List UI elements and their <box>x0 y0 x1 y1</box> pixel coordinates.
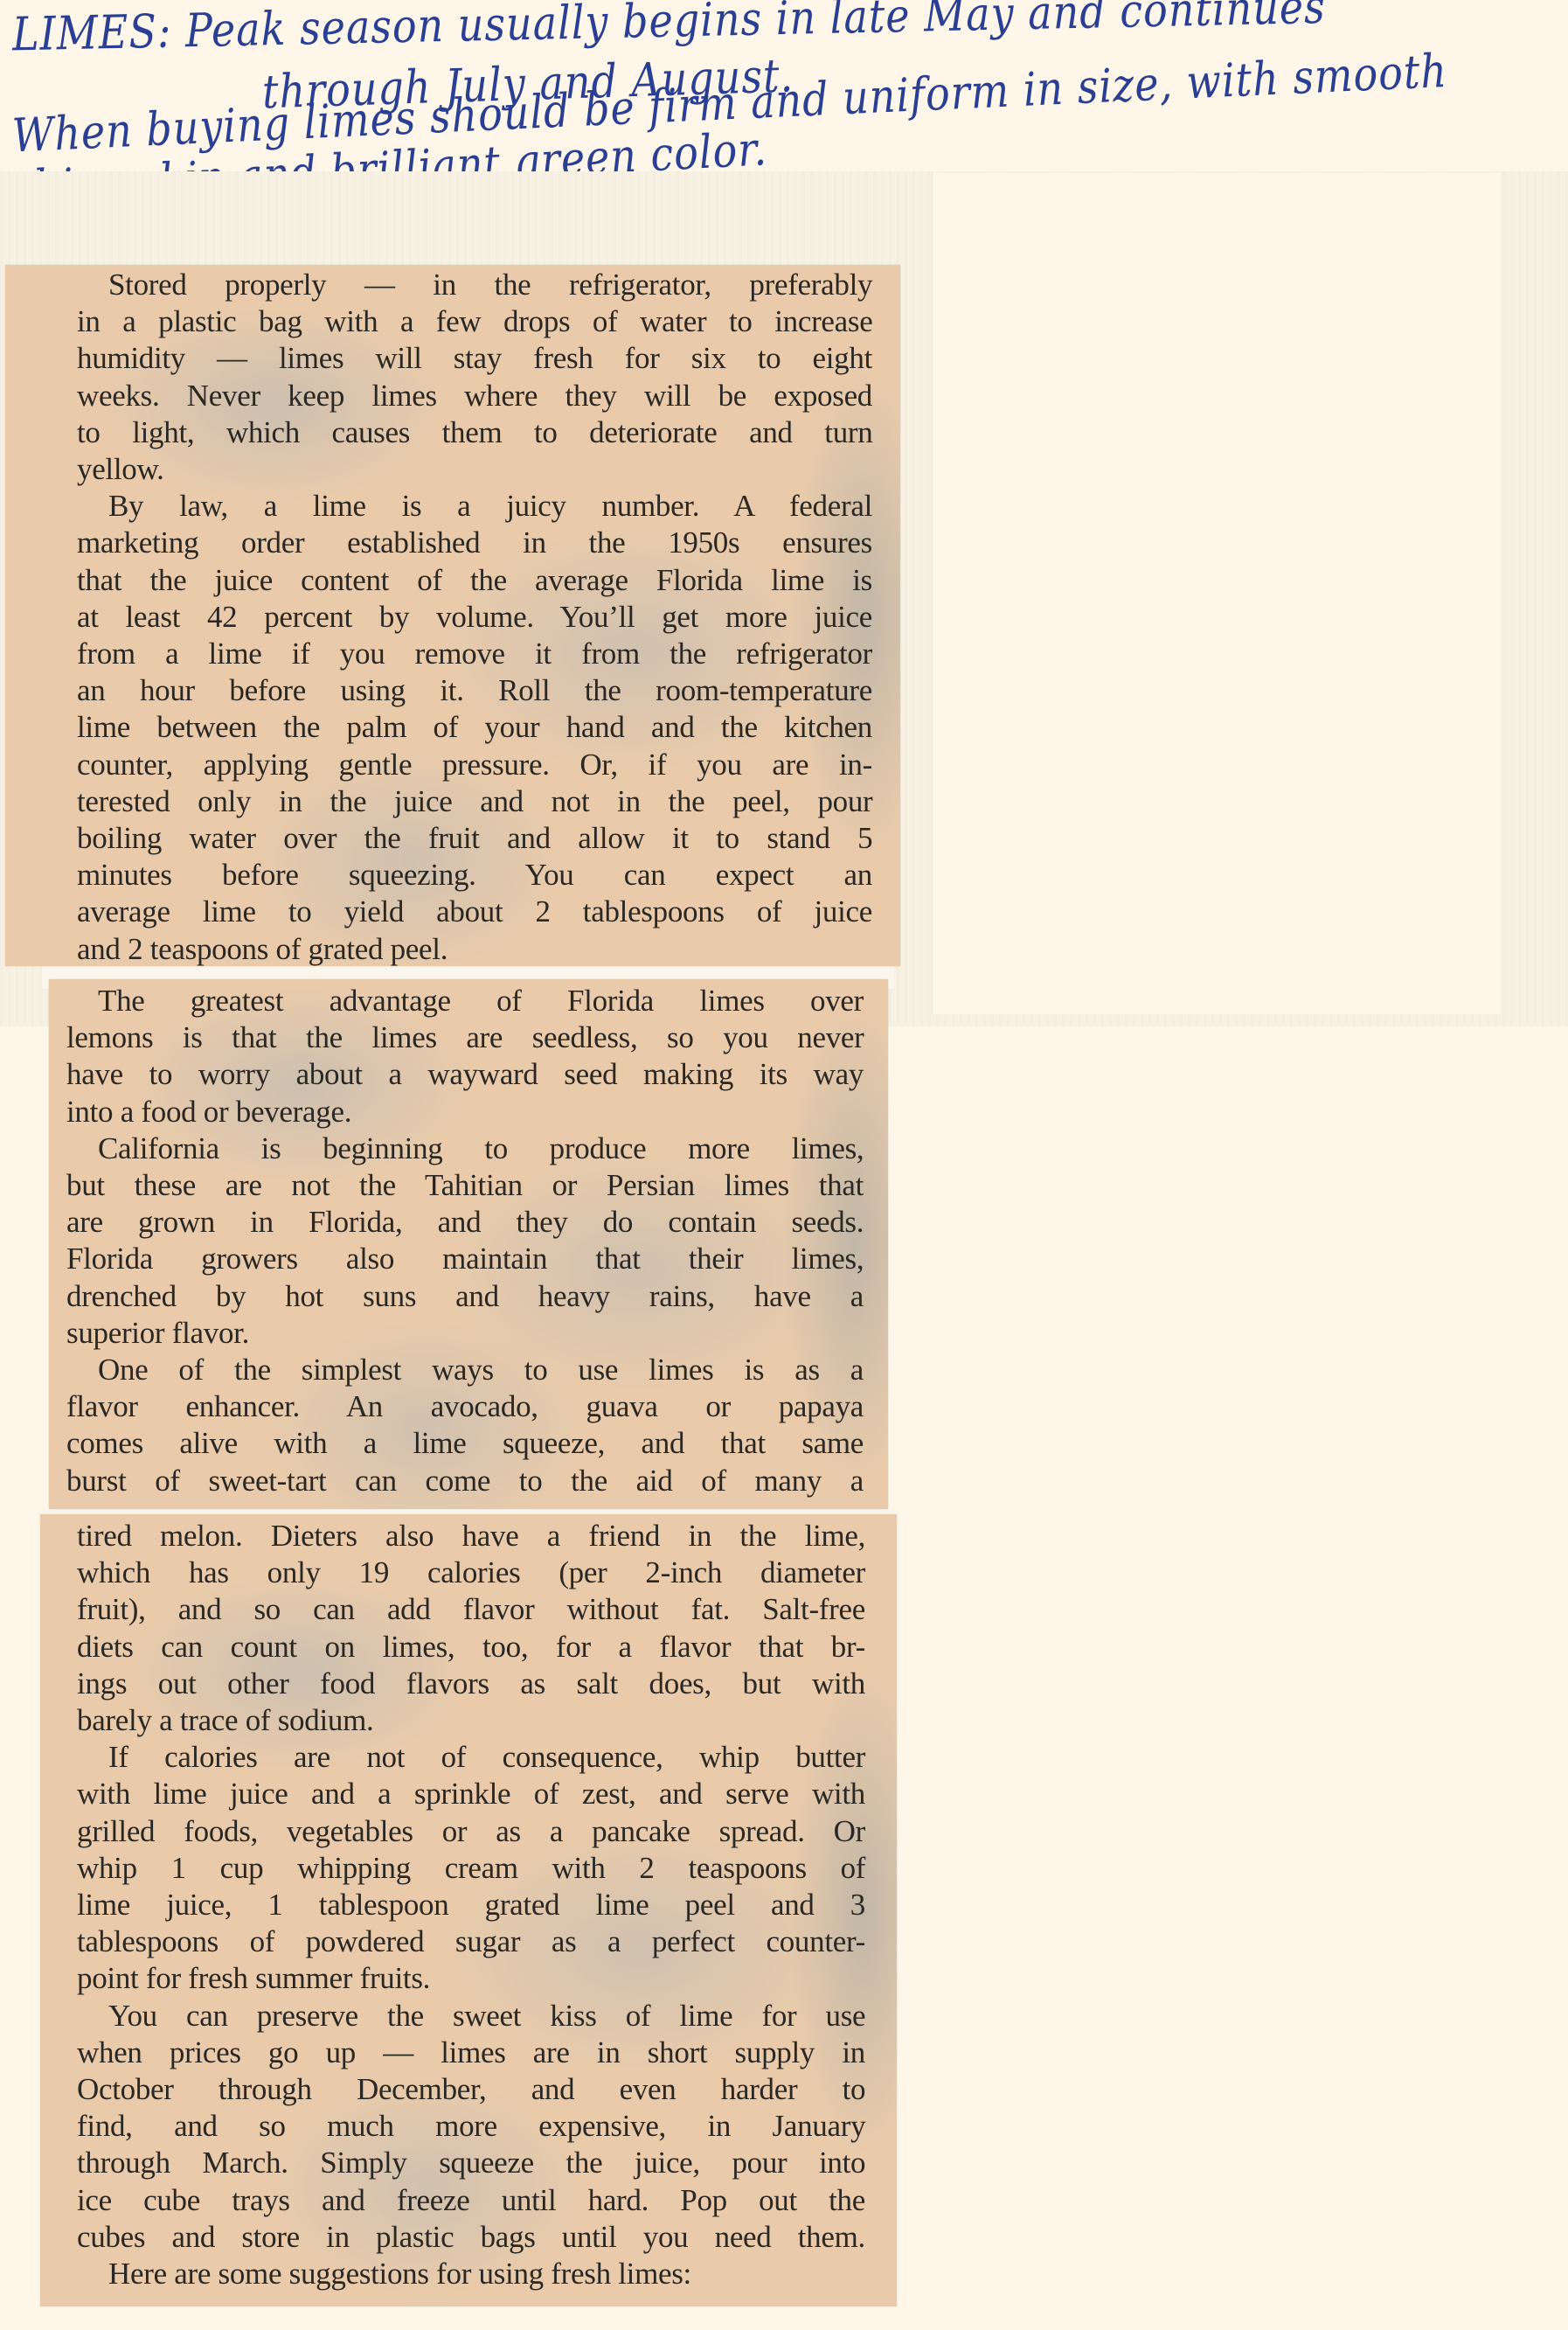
text-line: marketing order established in the 1950s… <box>77 525 872 561</box>
text-line: California is beginning to produce more … <box>66 1130 864 1167</box>
text-line: barely a trace of sodium. <box>77 1702 865 1739</box>
text-line: lime between the palm of your hand and t… <box>77 709 872 746</box>
text-line: when prices go up — limes are in short s… <box>77 2034 865 2071</box>
clipping-text: The greatest advantage of Florida limes … <box>66 979 864 1499</box>
text-line: tired melon. Dieters also have a friend … <box>77 1518 865 1554</box>
text-line: to light, which causes them to deteriora… <box>77 414 872 451</box>
text-line: comes alive with a lime squeeze, and tha… <box>66 1425 864 1462</box>
text-line: boiling water over the fruit and allow i… <box>77 820 872 857</box>
text-line: counter, applying gentle pressure. Or, i… <box>77 747 872 783</box>
text-line: tablespoons of powdered sugar as a perfe… <box>77 1923 865 1960</box>
text-line: One of the simplest ways to use limes is… <box>66 1352 864 1388</box>
text-line: October through December, and even harde… <box>77 2071 865 2108</box>
text-line: find, and so much more expensive, in Jan… <box>77 2108 865 2145</box>
text-line: Stored properly — in the refrigerator, p… <box>77 267 872 303</box>
text-line: ings out other food flavors as salt does… <box>77 1666 865 1702</box>
text-line: and 2 teaspoons of grated peel. <box>77 931 872 968</box>
text-line: ice cube trays and freeze until hard. Po… <box>77 2182 865 2219</box>
text-line: through March. Simply squeeze the juice,… <box>77 2145 865 2181</box>
text-line: humidity — limes will stay fresh for six… <box>77 340 872 377</box>
text-line: from a lime if you remove it from the re… <box>77 636 872 672</box>
newspaper-clipping-1: Stored properly — in the refrigerator, p… <box>5 265 900 966</box>
text-line: but these are not the Tahitian or Persia… <box>66 1167 864 1204</box>
text-line: are grown in Florida, and they do contai… <box>66 1204 864 1241</box>
text-line: point for fresh summer fruits. <box>77 1960 865 1997</box>
text-line: an hour before using it. Roll the room-t… <box>77 672 872 709</box>
text-line: fruit), and so can add flavor without fa… <box>77 1591 865 1628</box>
text-line: that the juice content of the average Fl… <box>77 562 872 599</box>
text-line: The greatest advantage of Florida limes … <box>66 983 864 1019</box>
text-line: terested only in the juice and not in th… <box>77 783 872 820</box>
text-line: minutes before squeezing. You can expect… <box>77 857 872 894</box>
text-line: weeks. Never keep limes where they will … <box>77 378 872 414</box>
text-line: flavor enhancer. An avocado, guava or pa… <box>66 1388 864 1425</box>
text-line: Here are some suggestions for using fres… <box>77 2256 865 2292</box>
text-line: whip 1 cup whipping cream with 2 teaspoo… <box>77 1850 865 1887</box>
text-line: By law, a lime is a juicy number. A fede… <box>77 488 872 525</box>
blank-card <box>932 173 1501 1014</box>
text-line: at least 42 percent by volume. You’ll ge… <box>77 599 872 636</box>
text-line: with lime juice and a sprinkle of zest, … <box>77 1776 865 1812</box>
text-line: into a food or beverage. <box>66 1094 864 1130</box>
clipping-text: tired melon. Dieters also have a friend … <box>77 1514 865 2292</box>
text-line: burst of sweet-tart can come to the aid … <box>66 1463 864 1499</box>
text-line: diets can count on limes, too, for a fla… <box>77 1629 865 1666</box>
text-line: superior flavor. <box>66 1315 864 1352</box>
text-line: in a plastic bag with a few drops of wat… <box>77 303 872 340</box>
text-line: yellow. <box>77 451 872 488</box>
text-line: average lime to yield about 2 tablespoon… <box>77 894 872 930</box>
text-line: cubes and store in plastic bags until yo… <box>77 2219 865 2256</box>
text-line: grilled foods, vegetables or as a pancak… <box>77 1813 865 1850</box>
newspaper-clipping-3: tired melon. Dieters also have a friend … <box>40 1514 897 2306</box>
text-line: lemons is that the limes are seedless, s… <box>66 1019 864 1056</box>
text-line: have to worry about a wayward seed makin… <box>66 1056 864 1093</box>
text-line: lime juice, 1 tablespoon grated lime pee… <box>77 1887 865 1923</box>
text-line: If calories are not of consequence, whip… <box>77 1739 865 1776</box>
text-line: which has only 19 calories (per 2-inch d… <box>77 1554 865 1591</box>
newspaper-clipping-2: The greatest advantage of Florida limes … <box>49 979 888 1509</box>
clipping-text: Stored properly — in the refrigerator, p… <box>77 265 872 968</box>
text-line: drenched by hot suns and heavy rains, ha… <box>66 1278 864 1315</box>
text-line: You can preserve the sweet kiss of lime … <box>77 1998 865 2034</box>
text-line: Florida growers also maintain that their… <box>66 1241 864 1277</box>
